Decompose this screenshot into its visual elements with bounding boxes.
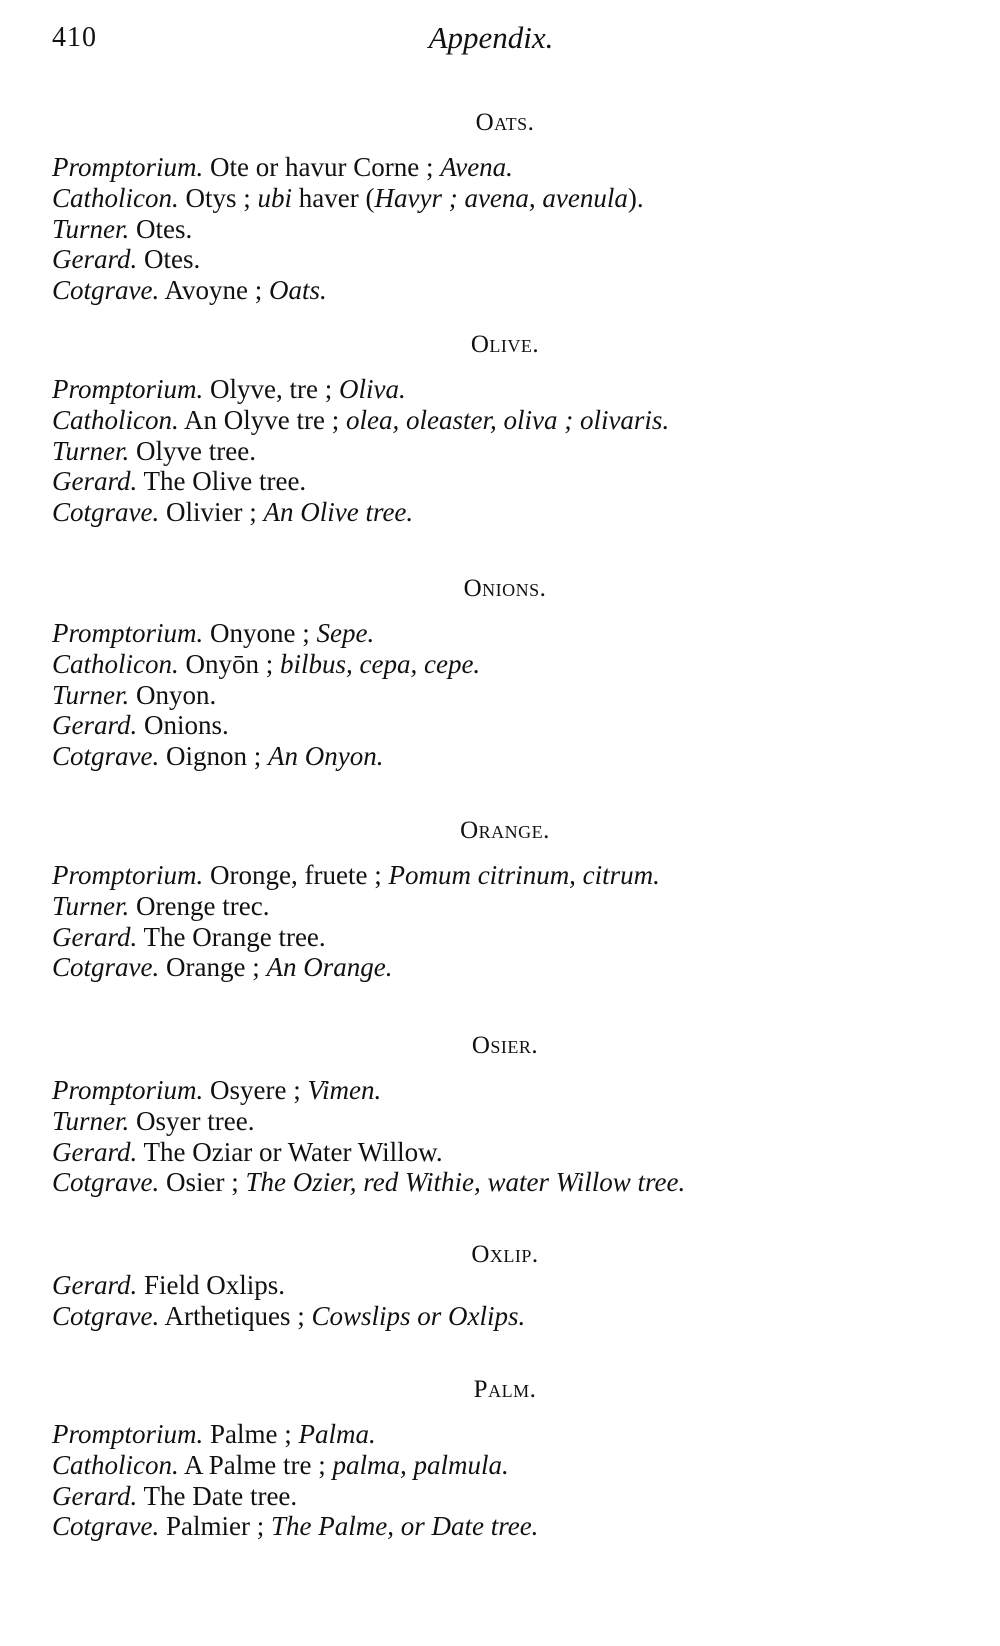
english-gloss: haver ( (292, 183, 374, 213)
source-name: Gerard. (52, 1481, 137, 1511)
source-name: Promptorium. (52, 152, 203, 182)
section-heading: Oxlip. (0, 1240, 1000, 1270)
english-gloss: Onyōn ; (179, 649, 280, 679)
section-heading: Palm. (0, 1375, 1000, 1405)
source-name: Cotgrave. (52, 1511, 159, 1541)
glossary-entry: Turner. Onyon. (52, 680, 1000, 711)
section-oxlip: Oxlip.Gerard. Field Oxlips.Cotgrave. Art… (0, 1240, 1000, 1332)
section-olive: Olive.Promptorium. Olyve, tre ; Oliva.Ca… (0, 330, 1000, 528)
source-name: Turner. (52, 680, 129, 710)
glossary-entry: Cotgrave. Osier ; The Ozier, red Withie,… (52, 1167, 1000, 1198)
glossary-entry: Gerard. Field Oxlips. (52, 1270, 1000, 1301)
glossary-entry: Promptorium. Oronge, fruete ; Pomum citr… (52, 860, 1000, 891)
latin-gloss: An Orange. (266, 952, 392, 982)
glossary-entry: Gerard. Otes. (52, 244, 1000, 275)
glossary-entry: Cotgrave. Palmier ; The Palme, or Date t… (52, 1511, 1000, 1542)
glossary-entry: Turner. Otes. (52, 214, 1000, 245)
glossary-entry: Gerard. The Oziar or Water Willow. (52, 1137, 1000, 1168)
english-gloss: The Orange tree. (137, 922, 325, 952)
section-orange: Orange.Promptorium. Oronge, fruete ; Pom… (0, 816, 1000, 983)
latin-gloss: palma, palmula. (332, 1450, 508, 1480)
entry-list: Gerard. Field Oxlips.Cotgrave. Arthetiqu… (52, 1270, 1000, 1332)
english-gloss: A Palme tre ; (179, 1450, 333, 1480)
source-name: Catholicon. (52, 649, 179, 679)
latin-gloss: ubi (258, 183, 293, 213)
english-gloss: Orenge trec. (129, 891, 269, 921)
english-gloss: Orange ; (159, 952, 266, 982)
glossary-entry: Turner. Olyve tree. (52, 436, 1000, 467)
glossary-entry: Turner. Osyer tree. (52, 1106, 1000, 1137)
entry-list: Promptorium. Oronge, fruete ; Pomum citr… (52, 860, 1000, 983)
latin-gloss: olea, oleaster, oliva ; olivaris. (346, 405, 669, 435)
english-gloss: Olivier ; (159, 497, 263, 527)
glossary-entry: Cotgrave. Olivier ; An Olive tree. (52, 497, 1000, 528)
english-gloss: Oignon ; (159, 741, 268, 771)
english-gloss: ). (628, 183, 644, 213)
source-name: Turner. (52, 436, 129, 466)
glossary-entry: Gerard. The Olive tree. (52, 466, 1000, 497)
glossary-entry: Gerard. Onions. (52, 710, 1000, 741)
latin-gloss: The Ozier, red Withie, water Willow tree… (245, 1167, 685, 1197)
english-gloss: Palme ; (203, 1419, 298, 1449)
latin-gloss: Havyr ; avena, avenula (374, 183, 627, 213)
source-name: Promptorium. (52, 1419, 203, 1449)
english-gloss: Onyone ; (203, 618, 316, 648)
english-gloss: The Oziar or Water Willow. (137, 1137, 442, 1167)
latin-gloss: Sepe. (317, 618, 375, 648)
section-heading: Oats. (0, 108, 1000, 138)
english-gloss: Oronge, fruete ; (203, 860, 388, 890)
source-name: Cotgrave. (52, 275, 159, 305)
english-gloss: An Olyve tre ; (179, 405, 346, 435)
glossary-entry: Catholicon. A Palme tre ; palma, palmula… (52, 1450, 1000, 1481)
source-name: Gerard. (52, 922, 137, 952)
english-gloss: Arthetiques ; (159, 1301, 311, 1331)
glossary-entry: Promptorium. Onyone ; Sepe. (52, 618, 1000, 649)
english-gloss: The Date tree. (137, 1481, 297, 1511)
english-gloss: Olyve tree. (129, 436, 256, 466)
glossary-entry: Cotgrave. Arthetiques ; Cowslips or Oxli… (52, 1301, 1000, 1332)
latin-gloss: The Palme, or Date tree. (271, 1511, 538, 1541)
entry-list: Promptorium. Ote or havur Corne ; Avena.… (52, 152, 1000, 306)
section-heading: Osier. (0, 1031, 1000, 1061)
source-name: Cotgrave. (52, 1167, 159, 1197)
english-gloss: Avoyne ; (159, 275, 269, 305)
source-name: Cotgrave. (52, 952, 159, 982)
english-gloss: Otes. (137, 244, 200, 274)
source-name: Turner. (52, 1106, 129, 1136)
section-heading: Olive. (0, 330, 1000, 360)
section-onions: Onions.Promptorium. Onyone ; Sepe.Cathol… (0, 574, 1000, 772)
entry-list: Promptorium. Olyve, tre ; Oliva.Catholic… (52, 374, 1000, 528)
latin-gloss: Palma. (299, 1419, 376, 1449)
english-gloss: Otys ; (179, 183, 258, 213)
english-gloss: Field Oxlips. (137, 1270, 285, 1300)
source-name: Promptorium. (52, 860, 203, 890)
section-oats: Oats.Promptorium. Ote or havur Corne ; A… (0, 108, 1000, 306)
source-name: Gerard. (52, 244, 137, 274)
english-gloss: Otes. (129, 214, 192, 244)
latin-gloss: Avena. (440, 152, 513, 182)
source-name: Cotgrave. (52, 741, 159, 771)
entry-list: Promptorium. Palme ; Palma.Catholicon. A… (52, 1419, 1000, 1542)
source-name: Catholicon. (52, 1450, 179, 1480)
glossary-entry: Gerard. The Orange tree. (52, 922, 1000, 953)
glossary-entry: Promptorium. Osyere ; Vimen. (52, 1075, 1000, 1106)
glossary-entry: Catholicon. Onyōn ; bilbus, cepa, cepe. (52, 649, 1000, 680)
glossary-entry: Cotgrave. Oignon ; An Onyon. (52, 741, 1000, 772)
english-gloss: Osier ; (159, 1167, 245, 1197)
latin-gloss: bilbus, cepa, cepe. (280, 649, 480, 679)
glossary-entry: Catholicon. An Olyve tre ; olea, oleaste… (52, 405, 1000, 436)
section-heading: Orange. (0, 816, 1000, 846)
source-name: Gerard. (52, 466, 137, 496)
glossary-entry: Promptorium. Ote or havur Corne ; Avena. (52, 152, 1000, 183)
english-gloss: Palmier ; (159, 1511, 271, 1541)
english-gloss: Olyve, tre ; (203, 374, 339, 404)
english-gloss: The Olive tree. (137, 466, 306, 496)
latin-gloss: Oliva. (339, 374, 406, 404)
english-gloss: Osyer tree. (129, 1106, 254, 1136)
section-palm: Palm.Promptorium. Palme ; Palma.Catholic… (0, 1375, 1000, 1542)
source-name: Gerard. (52, 1270, 137, 1300)
source-name: Cotgrave. (52, 497, 159, 527)
source-name: Catholicon. (52, 183, 179, 213)
glossary-entry: Cotgrave. Orange ; An Orange. (52, 952, 1000, 983)
glossary-entry: Cotgrave. Avoyne ; Oats. (52, 275, 1000, 306)
source-name: Promptorium. (52, 374, 203, 404)
source-name: Cotgrave. (52, 1301, 159, 1331)
entry-list: Promptorium. Onyone ; Sepe.Catholicon. O… (52, 618, 1000, 772)
english-gloss: Onyon. (129, 680, 216, 710)
english-gloss: Osyere ; (203, 1075, 307, 1105)
source-name: Catholicon. (52, 405, 179, 435)
glossary-entry: Gerard. The Date tree. (52, 1481, 1000, 1512)
latin-gloss: Cowslips or Oxlips. (311, 1301, 525, 1331)
source-name: Turner. (52, 214, 129, 244)
glossary-entry: Promptorium. Olyve, tre ; Oliva. (52, 374, 1000, 405)
running-title: Appendix. (0, 20, 1000, 56)
latin-gloss: Oats. (269, 275, 327, 305)
latin-gloss: An Onyon. (268, 741, 383, 771)
section-heading: Onions. (0, 574, 1000, 604)
latin-gloss: An Olive tree. (263, 497, 413, 527)
running-title-text: Appendix. (429, 20, 554, 56)
latin-gloss: Pomum citrinum, citrum. (388, 860, 659, 890)
glossary-entry: Promptorium. Palme ; Palma. (52, 1419, 1000, 1450)
entry-list: Promptorium. Osyere ; Vimen.Turner. Osye… (52, 1075, 1000, 1198)
source-name: Gerard. (52, 710, 137, 740)
english-gloss: Onions. (137, 710, 229, 740)
latin-gloss: Vimen. (307, 1075, 381, 1105)
glossary-entry: Catholicon. Otys ; ubi haver (Havyr ; av… (52, 183, 1000, 214)
english-gloss: Ote or havur Corne ; (203, 152, 440, 182)
source-name: Turner. (52, 891, 129, 921)
source-name: Promptorium. (52, 618, 203, 648)
source-name: Gerard. (52, 1137, 137, 1167)
section-osier: Osier.Promptorium. Osyere ; Vimen.Turner… (0, 1031, 1000, 1198)
source-name: Promptorium. (52, 1075, 203, 1105)
glossary-entry: Turner. Orenge trec. (52, 891, 1000, 922)
